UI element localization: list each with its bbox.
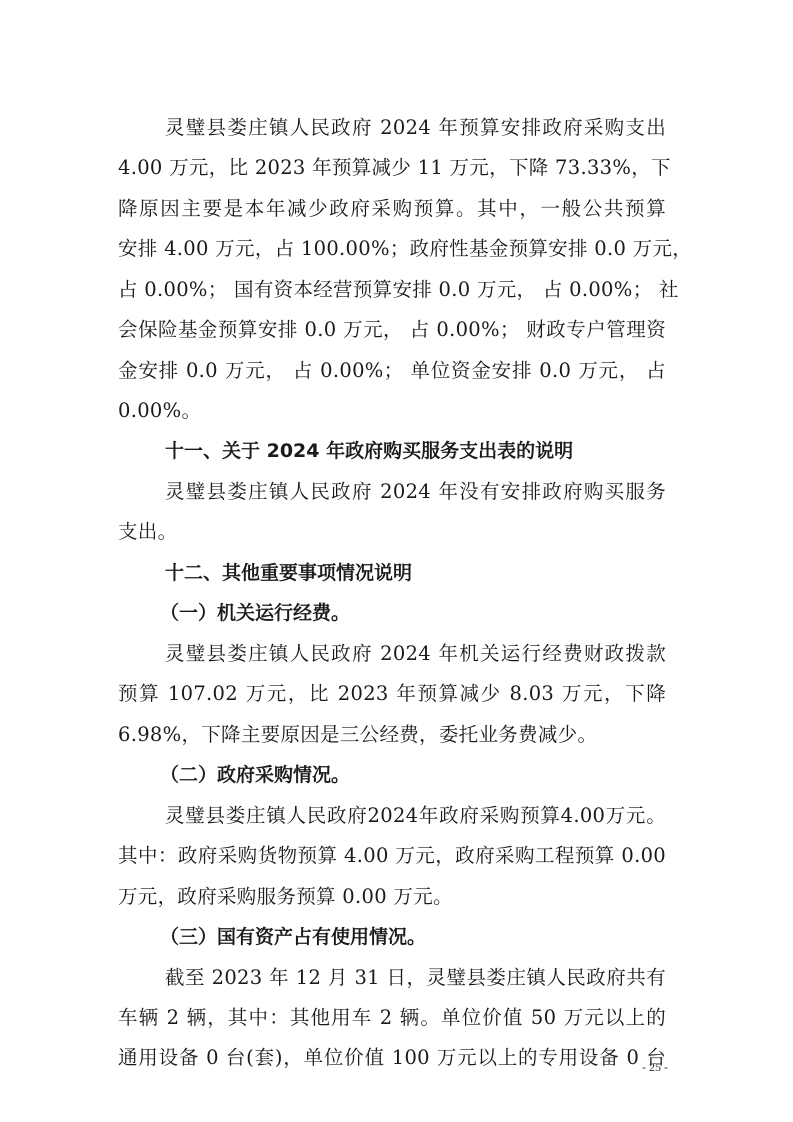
text-line: 灵璧县娄庄镇人民政府 2024 年预算安排政府采购支出 bbox=[165, 113, 666, 143]
text-line: 支出。 bbox=[118, 517, 666, 547]
text-line: 灵璧县娄庄镇人民政府2024年政府采购预算4.00万元。 bbox=[165, 801, 666, 831]
text-line: 车辆 2 辆，其中：其他用车 2 辆。单位价值 50 万元以上的 bbox=[118, 1003, 666, 1033]
text-line: 其中：政府采购货物预算 4.00 万元，政府采购工程预算 0.00 bbox=[118, 841, 666, 871]
text-line: 会保险基金预算安排 0.0 万元， 占 0.00%； 财政专户管理资 bbox=[118, 315, 666, 345]
text-line: 通用设备 0 台(套)，单位价值 100 万元以上的专用设备 0 台 bbox=[118, 1043, 666, 1073]
text-line: 灵璧县娄庄镇人民政府 2024 年机关运行经费财政拨款 bbox=[165, 639, 666, 669]
text-line: 安排 4.00 万元，占 100.00%；政府性基金预算安排 0.0 万元， bbox=[118, 234, 666, 264]
subsection-heading-2: （二）政府采购情况。 bbox=[160, 760, 708, 790]
text-line: 4.00 万元，比 2023 年预算减少 11 万元，下降 73.33%，下 bbox=[118, 153, 666, 183]
text-line: 灵璧县娄庄镇人民政府 2024 年没有安排政府购买服务 bbox=[165, 477, 666, 507]
subsection-heading-3: （三）国有资产占有使用情况。 bbox=[160, 922, 708, 952]
text-line: 0.00%。 bbox=[118, 396, 666, 426]
section-heading-12: 十二、其他重要事项情况说明 bbox=[165, 558, 666, 588]
text-line: 预算 107.02 万元，比 2023 年预算减少 8.03 万元，下降 bbox=[118, 679, 666, 709]
text-line: 6.98%，下降主要原因是三公经费，委托业务费减少。 bbox=[118, 720, 666, 750]
text-line: 降原因主要是本年减少政府采购预算。其中，一般公共预算 bbox=[118, 194, 666, 224]
subsection-heading-1: （一）机关运行经费。 bbox=[160, 598, 708, 628]
text-line: 金安排 0.0 万元， 占 0.00%； 单位资金安排 0.0 万元， 占 bbox=[118, 356, 666, 386]
text-line: 占 0.00%； 国有资本经营预算安排 0.0 万元， 占 0.00%； 社 bbox=[118, 275, 666, 305]
page-number: - 25 - bbox=[628, 1060, 668, 1074]
text-line: 万元，政府采购服务预算 0.00 万元。 bbox=[118, 882, 666, 912]
text-line: 截至 2023 年 12 月 31 日，灵璧县娄庄镇人民政府共有 bbox=[165, 963, 666, 993]
section-heading-11: 十一、关于 2024 年政府购买服务支出表的说明 bbox=[165, 436, 666, 466]
document-page: 灵璧县娄庄镇人民政府 2024 年预算安排政府采购支出 4.00 万元，比 20… bbox=[0, 0, 793, 1122]
